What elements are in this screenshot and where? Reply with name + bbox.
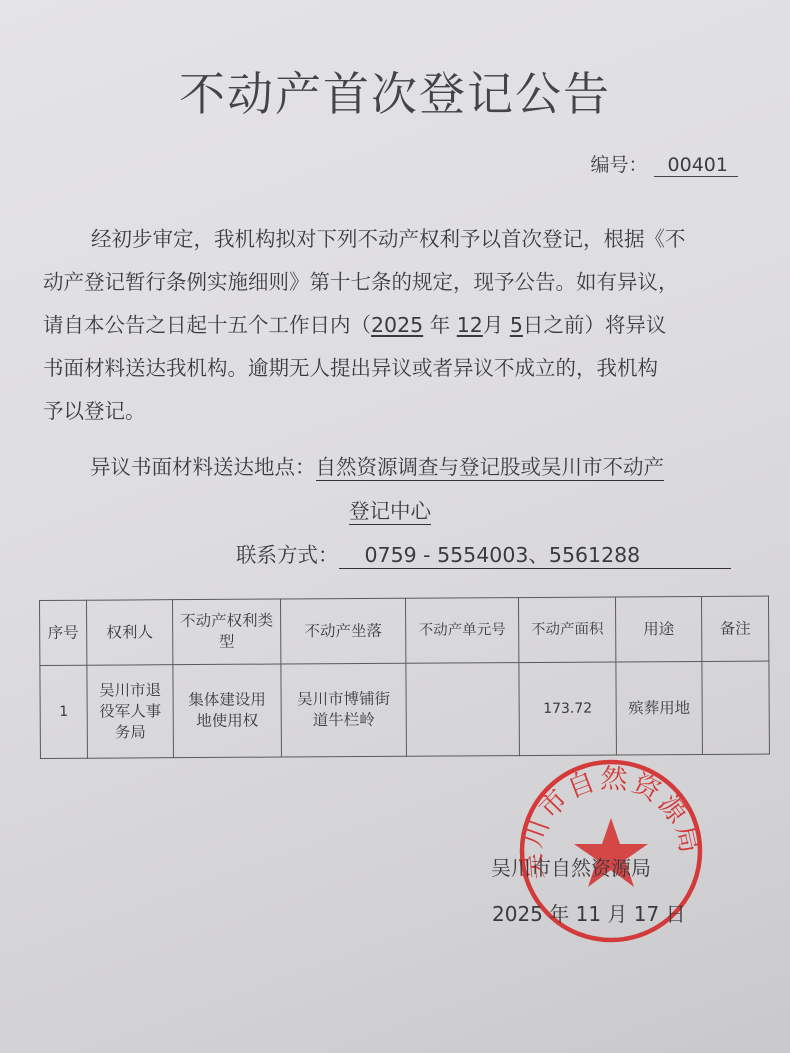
registration-table: 序号 权利人 不动产权利类型 不动产坐落 不动产单元号 不动产面积 用途 备注 … [39, 596, 770, 759]
submission-address-line-2: 登记中心 [349, 499, 431, 525]
deadline-day: 5 [510, 313, 523, 337]
header-right-type: 不动产权利类型 [173, 599, 281, 665]
deadline-month: 12 [457, 313, 483, 337]
contact-label: 联系方式： [236, 543, 339, 567]
body-line-3-suffix: 日之前）将异议 [523, 313, 667, 337]
body-line-3-prefix: 请自本公告之日起十五个工作日内（ [43, 313, 371, 337]
contact-phone: 0759 - 5554003、5561288 [339, 538, 731, 569]
month-char: 月 [483, 313, 504, 337]
body-line-4: 书面材料送达我机构。逾期无人提出异议或者异议不成立的，我机构 [43, 347, 658, 389]
header-usage: 用途 [615, 596, 701, 662]
deadline-year: 2025 [371, 313, 423, 337]
page-title: 不动产首次登记公告 [0, 58, 790, 124]
cell-seq: 1 [40, 665, 88, 758]
body-line-2: 动产登记暂行条例实施细则》第十七条的规定，现予公告。如有异议， [43, 261, 679, 303]
document-number-label: 编号： [591, 154, 648, 176]
cell-right-holder: 吴川市退役军人事务局 [87, 665, 174, 759]
cell-location: 吴川市博铺街道牛栏岭 [281, 663, 407, 757]
cell-right-type: 集体建设用地使用权 [173, 664, 282, 758]
header-seq: 序号 [40, 600, 87, 665]
header-right-holder: 权利人 [87, 600, 173, 666]
header-location: 不动产坐落 [280, 598, 405, 664]
body-line-3: 请自本公告之日起十五个工作日内（2025 年 12月 5日之前）将异议 [43, 304, 666, 346]
body-line-1: 经初步审定，我机构拟对下列不动产权利予以首次登记，根据《不 [91, 218, 686, 260]
body-line-5: 予以登记。 [43, 390, 146, 432]
issue-date: 2025 年 11 月 17 日 [492, 898, 686, 927]
header-unit-no: 不动产单元号 [405, 598, 518, 664]
cell-remark [702, 661, 770, 754]
year-char: 年 [430, 313, 451, 337]
document-number-value: 00401 [654, 154, 738, 177]
document-number: 编号：00401 [591, 150, 738, 177]
submission-address-cont: 登记中心 [349, 494, 431, 524]
cell-unit-no [406, 663, 520, 757]
submission-label: 异议书面材料送达地点： [90, 455, 316, 479]
cell-area: 173.72 [519, 662, 617, 756]
issuer-name: 吴川市自然资源局 [491, 852, 651, 881]
submission-address: 异议书面材料送达地点：自然资源调查与登记股或吴川市不动产 [90, 450, 664, 480]
submission-address-line-1: 自然资源调查与登记股或吴川市不动产 [316, 455, 665, 481]
header-remark: 备注 [701, 596, 768, 661]
table-row: 1 吴川市退役军人事务局 集体建设用地使用权 吴川市博铺街道牛栏岭 173.72… [40, 661, 770, 758]
cell-usage: 殡葬用地 [616, 661, 703, 755]
table-header-row: 序号 权利人 不动产权利类型 不动产坐落 不动产单元号 不动产面积 用途 备注 [40, 596, 769, 665]
contact-info: 联系方式：0759 - 5554003、5561288 [236, 538, 731, 569]
header-area: 不动产面积 [518, 597, 615, 663]
